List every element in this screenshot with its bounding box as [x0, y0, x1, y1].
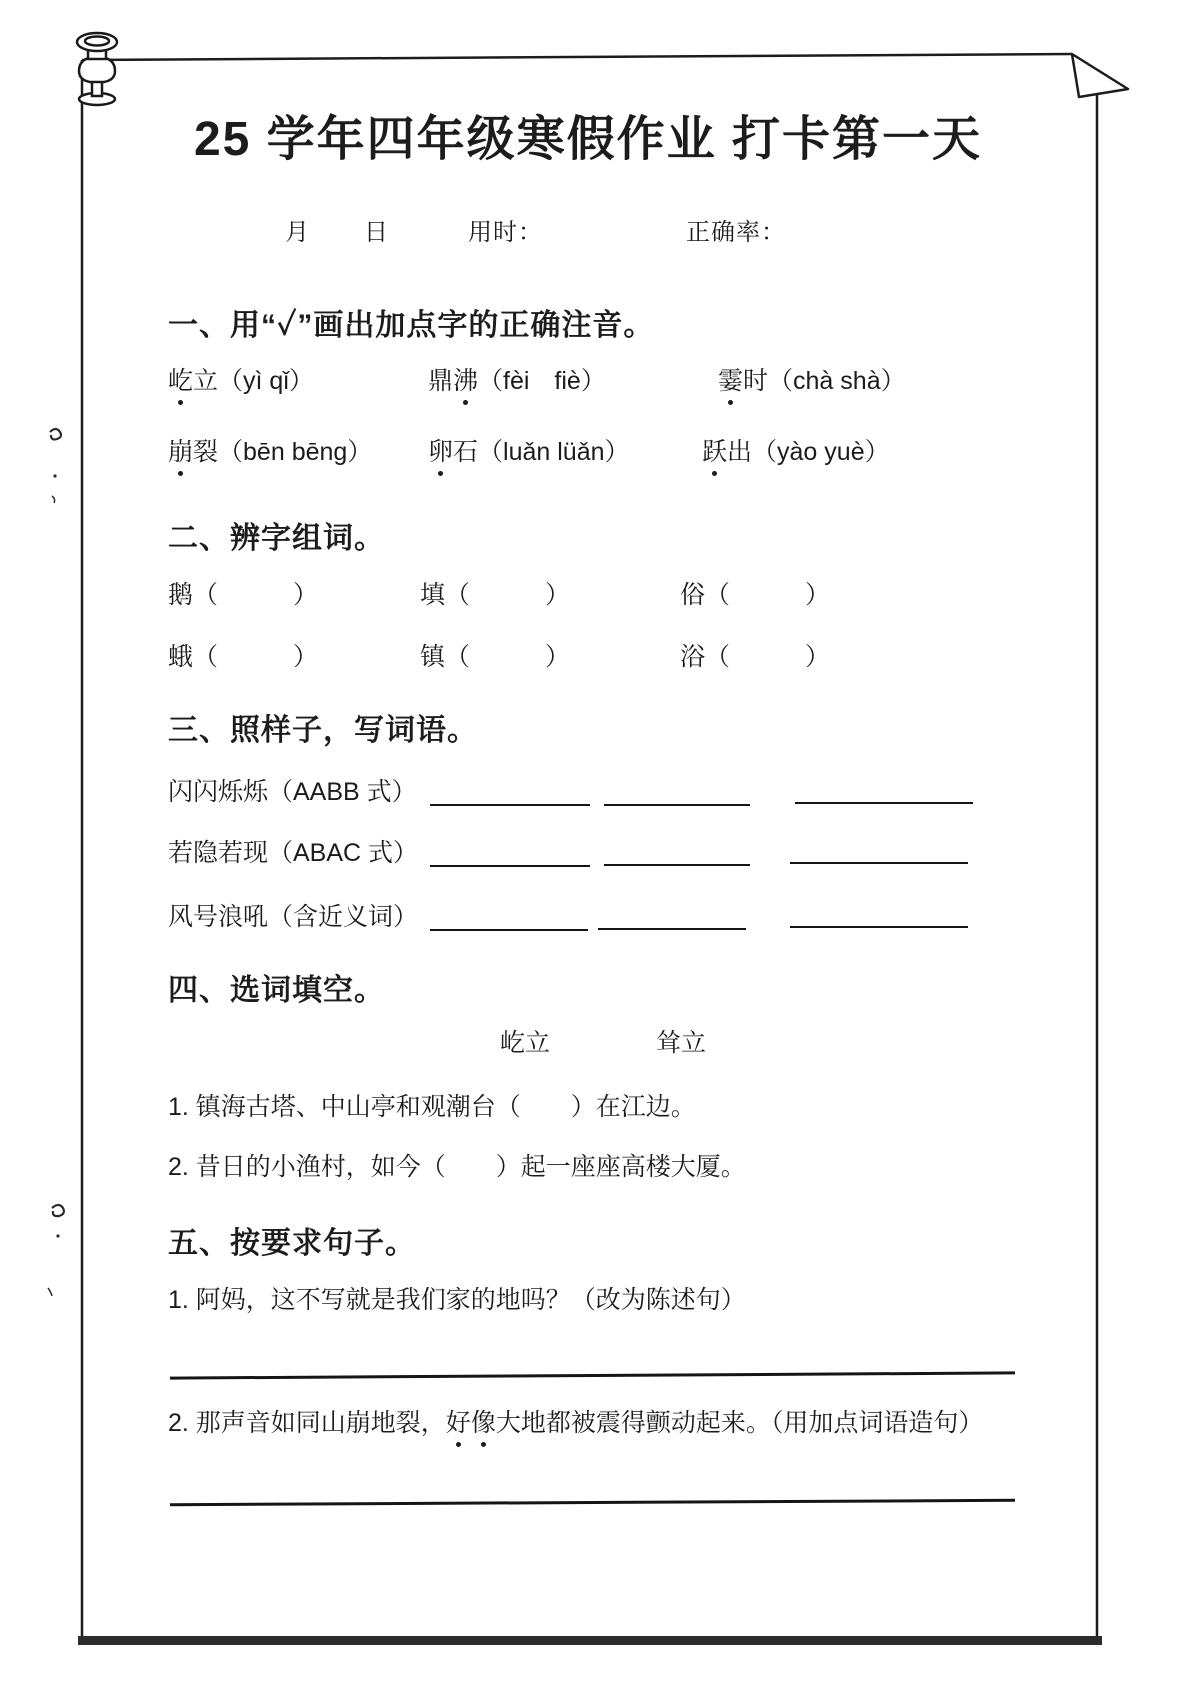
section-three-heading: 三、照样子，写词语。: [168, 705, 478, 749]
word-form-item: 填（ ）: [420, 580, 570, 610]
pinyin-item: 崩裂（bēn bēng）: [168, 437, 372, 467]
pattern-label: 风号浪吼（含近义词）: [168, 902, 418, 932]
section-four-heading: 四、选词填空。: [168, 965, 385, 1009]
word-form-item: 蛾（ ）: [168, 642, 318, 672]
dotted-character: 沸: [453, 366, 478, 396]
dotted-character: 好: [446, 1408, 471, 1438]
dotted-character: 崩: [168, 437, 193, 467]
answer-blank-line: [430, 804, 590, 806]
pinyin-item: 屹立（yì qǐ）: [168, 366, 314, 396]
pushpin-icon: [77, 33, 117, 105]
page-border-top: [82, 54, 1072, 60]
pinyin-options: （chà shà）: [768, 367, 906, 395]
answer-blank-line: [430, 865, 590, 867]
pinyin-item: 跃出（yào yuè）: [702, 437, 890, 467]
word-form-item: 镇（ ）: [420, 642, 570, 672]
pinyin-options: （bēn bēng）: [218, 438, 372, 466]
dotted-character: 卵: [428, 437, 453, 467]
rewrite-sentence: 2. 那声音如同山崩地裂，好像大地都被震得颤动起来。（用加点词语造句）: [168, 1408, 983, 1438]
time-used-label: 用时：: [468, 212, 543, 247]
corner-fold-icon: [1072, 54, 1128, 97]
pinyin-item: 卵石（luǎn lüǎn）: [428, 437, 630, 467]
dotted-character: 屹: [168, 366, 193, 396]
pinyin-options: （yào yuè）: [752, 438, 890, 466]
month-label: 月: [285, 212, 310, 247]
section-one-heading: 一、用“✓”画出加点字的正确注音。: [168, 300, 654, 344]
word-form-item: 俗（ ）: [680, 580, 830, 610]
worksheet-page: 25 学年四年级寒假作业 打卡第一天 月 日 用时： 正确率： 一、用“✓”画出…: [0, 0, 1190, 1684]
fill-blank-sentence: 1. 镇海古塔、中山亭和观潮台（ ）在江边。: [168, 1092, 696, 1122]
fill-blank-sentence: 2. 昔日的小渔村，如今（ ）起一座座高楼大厦。: [168, 1152, 746, 1182]
answer-blank-line: [604, 864, 750, 866]
pattern-label: 闪闪烁烁（AABB 式）: [168, 777, 417, 807]
dotted-character: 像: [471, 1408, 496, 1438]
day-label: 日: [364, 212, 389, 247]
accuracy-label: 正确率：: [686, 212, 786, 247]
dotted-character: 跃: [702, 437, 727, 467]
rewrite-sentence: 1. 阿妈，这不写就是我们家的地吗？（改为陈述句）: [168, 1285, 746, 1315]
answer-blank-line: [604, 804, 750, 806]
page-border-bottom: [78, 1636, 1102, 1645]
answer-blank-line: [598, 928, 746, 930]
word-form-item: 鹅（ ）: [168, 580, 318, 610]
header-meta: 月 日 用时： 正确率：: [0, 212, 1190, 252]
pinyin-options: （luǎn lüǎn）: [478, 438, 629, 466]
word-option: 屹立: [500, 1028, 550, 1058]
pattern-label: 若隐若现（ABAC 式）: [168, 838, 418, 868]
word-form-item: 浴（ ）: [680, 642, 830, 672]
pinyin-item: 霎时（chà shà）: [718, 366, 906, 396]
pinyin-item: 鼎沸（fèi fiè）: [428, 366, 606, 396]
pinyin-options: （fèi fiè）: [478, 367, 606, 395]
answer-blank-line: [790, 862, 968, 864]
scan-artifact: [48, 429, 64, 1296]
page-title: 25 学年四年级寒假作业 打卡第一天: [80, 100, 1096, 169]
answer-blank-line: [430, 929, 588, 931]
section-five-heading: 五、按要求句子。: [168, 1218, 416, 1262]
word-option: 耸立: [656, 1028, 706, 1058]
answer-blank-line: [795, 802, 973, 804]
section-two-heading: 二、辨字组词。: [168, 513, 385, 557]
pinyin-options: （yì qǐ）: [218, 367, 314, 395]
answer-blank-line: [790, 926, 968, 928]
dotted-character: 霎: [718, 366, 743, 396]
